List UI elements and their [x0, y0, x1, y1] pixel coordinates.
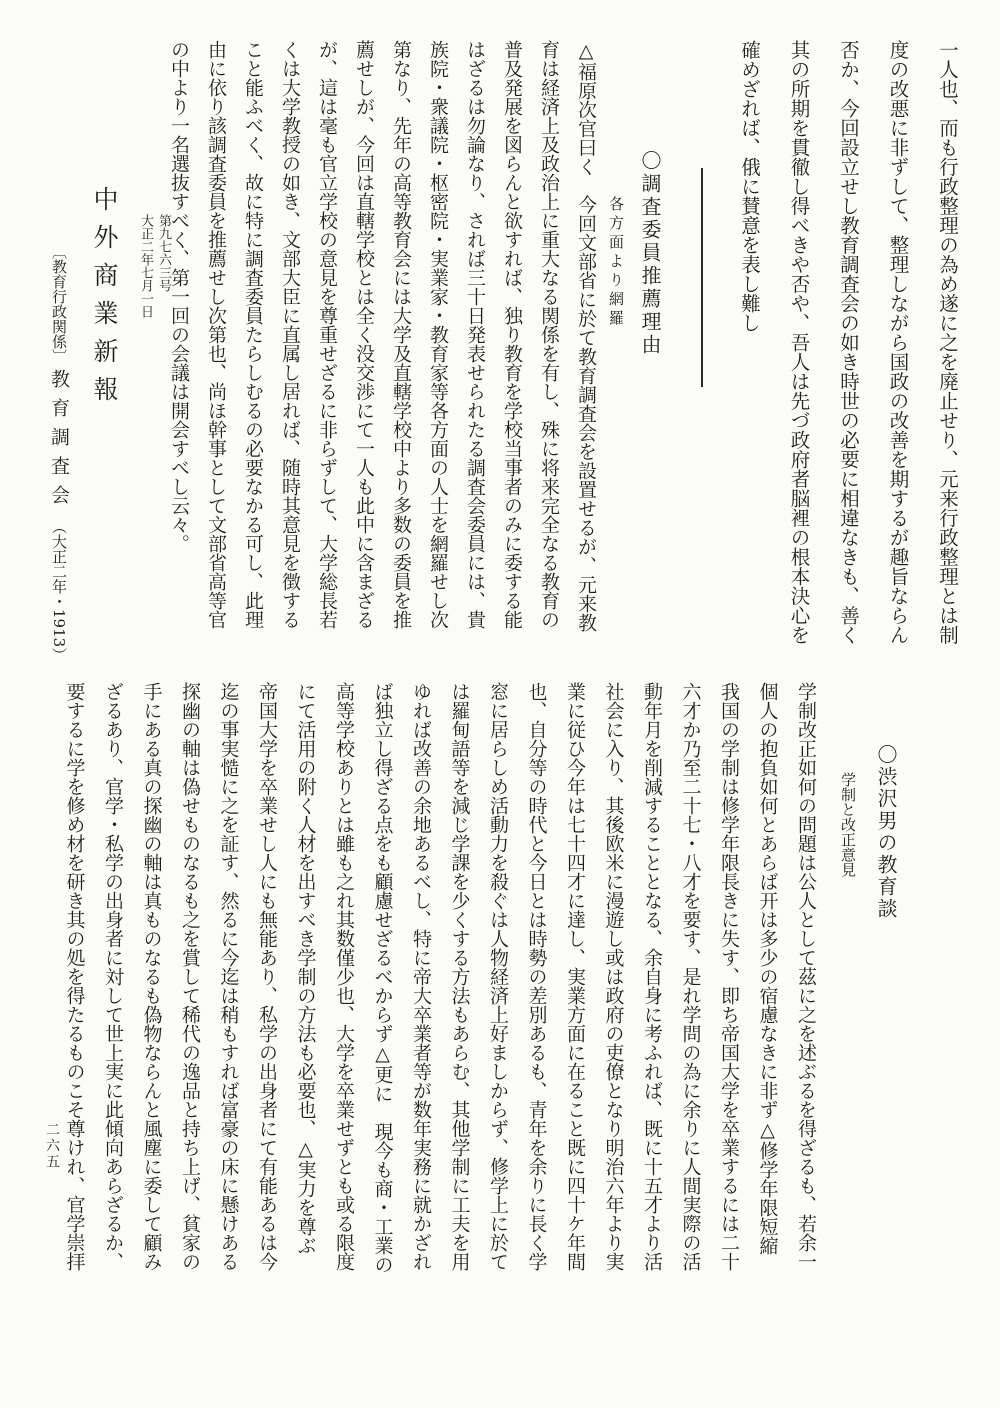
source-publication-title: 中外商業新報	[86, 186, 122, 414]
text-column: 高等学校ありとは雖も之れ其数僅少也、大学を卒業せずとも或る限度	[325, 682, 364, 1292]
article1-headline: 〇調査委員推薦理由	[636, 150, 665, 357]
text-column: 也、自分等の時代と今日とは時勢の差別あるも、青年を余りに長く学	[517, 682, 556, 1292]
article1-continuation: 一人也、而も行政整理の為め遂に之を廃止せり、元来行政整理とは制 度の改悪に非ずし…	[724, 40, 972, 658]
text-column: 迄の事実慥に之を証す、然るに今迄は稍もすれば富豪の床に懸けある	[209, 682, 248, 1292]
text-column: 否か、今回設立せし教育調査会の如き時世の必要に相違なきも、善く	[824, 40, 874, 658]
text-column: 動年月を削減することとなる、余自身に考ふれば、既に十五才より活	[633, 682, 672, 1292]
text-column: ゆれば改善の余地あるべし、特に帝大卒業者等が数年実務に就かざれ	[402, 682, 441, 1292]
text-column: 由に依り該調査委員を推薦せし次第也、尚ほ幹事として文部省高等官	[197, 40, 234, 655]
article1-subheadline: 各方面より網羅	[606, 196, 627, 329]
text-column: くは大学教授の如き、文部大臣に直属し居れば、随時其意見を徴する	[271, 40, 308, 655]
text-column: 第なり、先年の高等教育会には大学及直轄学校中より多数の委員を推	[382, 40, 419, 655]
article1-body: △福原次官曰く 今回文部省に於て教育調査会を設置せるが、元来教 育は経済上及政治…	[160, 40, 604, 655]
text-column: が、這は毫も官立学校の意見を尊重せざるに非らずして、大学総長若	[308, 40, 345, 655]
text-column: 一人也、而も行政整理の為め遂に之を廃止せり、元来行政整理とは制	[923, 40, 973, 658]
text-column: 業に従ひ今年は七十四才に達し、実業方面に在ること既に四十ケ年間	[556, 682, 595, 1292]
text-column: 要するに学を修め材を研き其の処を得たるものこそ尊けれ、官学崇拝	[55, 682, 94, 1292]
text-column: 探幽の軸は偽せものなるも之を賞して稀代の逸品と持ち上げ、貧家の	[171, 682, 210, 1292]
source-issue-date: 第九七六三号 大正二年七月一日	[134, 214, 172, 554]
text-column: 其の所期を貫徹し得べきや否や、吾人は先づ政府者脳裡の根本決心を	[774, 40, 824, 658]
text-column: 手にある真の探幽の軸は真ものなるも偽物ならんと風塵に委して顧み	[132, 682, 171, 1292]
text-column: 確めざれば、俄に賛意を表し難し	[725, 40, 775, 658]
source-issue-number: 第九七六三号	[154, 214, 172, 554]
article-divider-rule	[701, 168, 703, 387]
source-year-note: （大正二年・1913）	[50, 519, 68, 662]
text-column: はざるは勿論なり、されば三十日発表せられたる調査会委員には、貴	[456, 40, 493, 655]
article2-subheadline: 学制と改正意見	[838, 772, 859, 877]
text-column: 普及発展を図らんと欲すれば、独り教育を学校当事者のみに委する能	[493, 40, 530, 655]
text-column: 育は経済上及政治上に重大なる関係を有し、殊に将来完全なる教育の	[530, 40, 567, 655]
text-column: △福原次官曰く 今回文部省に於て教育調査会を設置せるが、元来教	[567, 40, 604, 655]
source-category-column: 〔教育行政関係〕 教育調査会 （大正二年・1913）	[46, 244, 73, 662]
text-column: 我国の学制は修学年限長きに失す、即ち帝国大学を卒業するには二十	[710, 682, 749, 1292]
article2-headline: 〇渋沢男の教育談	[872, 744, 901, 920]
text-column: 社会に入り、其後欧米に漫遊し或は政府の吏僚となり明治六年より実	[594, 682, 633, 1292]
text-column: 個人の抱負如何とあらば开は多少の宿慮なきに非ず△修学年限短縮	[748, 682, 787, 1292]
text-column: 度の改悪に非ずして、整理しながら国政の改善を期するが趣旨ならん	[873, 40, 923, 658]
text-column: にて活用の附く人材を出すべき学制の方法も必要也、△実力を尊ぶ	[286, 682, 325, 1292]
page-number: 二六五	[42, 1122, 62, 1170]
source-issue-date-text: 大正二年七月一日	[136, 214, 154, 554]
text-column: ば独立し得ざる点をも顧慮せざるべからず△更に 現今も商・工業の	[363, 682, 402, 1292]
text-column: 帝国大学を卒業せし人にも無能あり、私学の出身者にて有能あるは今	[248, 682, 287, 1292]
source-category-label: 〔教育行政関係〕	[50, 244, 68, 364]
text-column: は羅甸語等を減じ学課を少くする方法もあらむ、其他学制に工夫を用	[440, 682, 479, 1292]
text-column: こと能ふべく、故に特に調査委員たらしむるの必要なかる可し、此理	[234, 40, 271, 655]
text-column: 薦せしが、今回は直轄学校とは全く没交渉にて一人も此中に含まざる	[345, 40, 382, 655]
text-column: 族院・衆議院・枢密院・実業家・教育家等各方面の人士を網羅せし次	[419, 40, 456, 655]
text-column: ざるあり、官学・私学の出身者に対して世上実に此傾向あらざるか、	[94, 682, 133, 1292]
text-column: 六才か乃至二十七・八才を要す、是れ学問の為に余りに人間実際の活	[671, 682, 710, 1292]
text-column: 学制改正如何の問題は公人として茲に之を述ぶるを得ざるも、若余一	[787, 682, 826, 1292]
source-topic-label: 教育調査会	[48, 369, 70, 514]
article2-body: 学制改正如何の問題は公人として茲に之を述ぶるを得ざるも、若余一 個人の抱負如何と…	[55, 682, 825, 1292]
text-column: 窓に居らしめ活動力を殺ぐは人物経済上好ましからず、修学上に於て	[479, 682, 518, 1292]
scanned-document-page: 一人也、而も行政整理の為め遂に之を廃止せり、元来行政整理とは制 度の改悪に非ずし…	[0, 0, 1000, 1408]
